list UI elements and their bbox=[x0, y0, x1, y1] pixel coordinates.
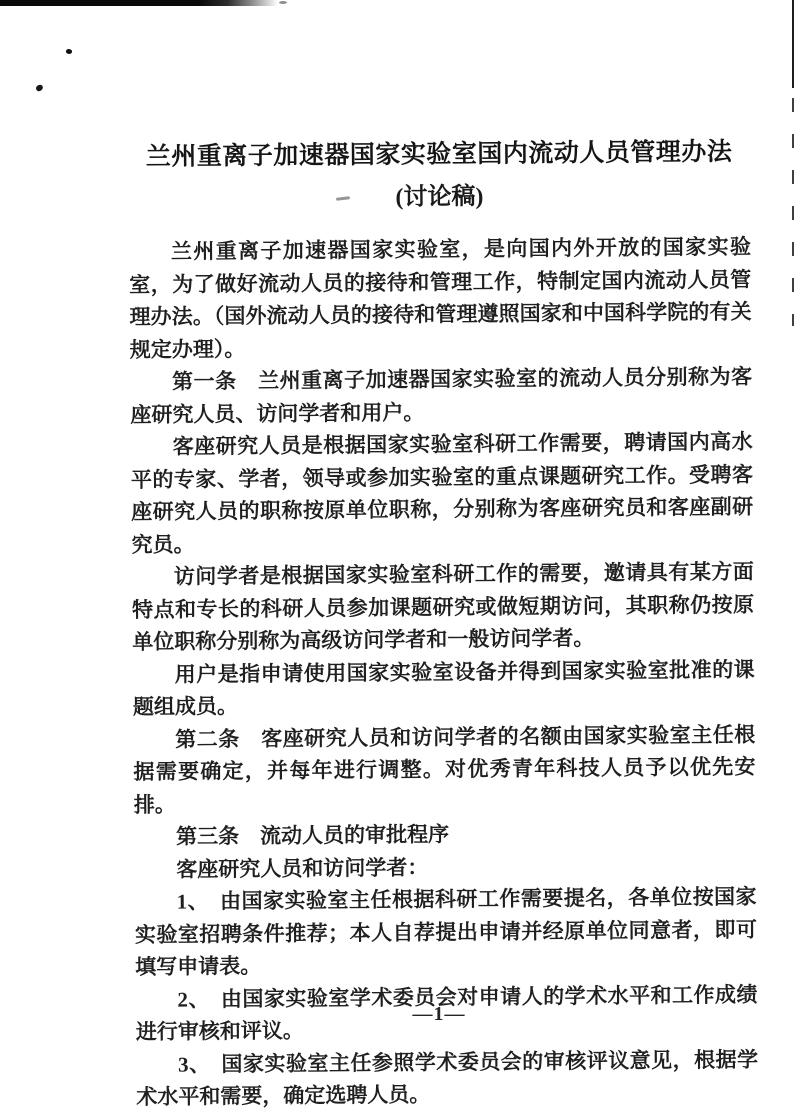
scan-artifact-speck bbox=[35, 84, 44, 92]
scanned-document-page: 兰州重离子加速器国家实验室国内流动人员管理办法 (讨论稿) 兰州重离子加速器国家… bbox=[0, 0, 800, 1118]
paragraph-item-3: 3、 国家实验室主任参照学术委员会的审核评议意见，根据学术水平和需要，确定选聘人… bbox=[136, 1043, 759, 1113]
paragraph-article-1: 第一条 兰州重离子加速器国家实验室的流动人员分别称为客座研究人员、访问学者和用户… bbox=[130, 361, 753, 431]
scan-artifact-speck bbox=[279, 1, 287, 4]
paragraph-visiting-scholars: 访问学者是根据国家实验室科研工作的需要，邀请具有某方面特点和专长的科研人员参加课… bbox=[132, 556, 755, 659]
paragraph-list-lead: 客座研究人员和访问学者： bbox=[134, 848, 756, 886]
page-number: —1— bbox=[128, 1003, 750, 1026]
document-body: 兰州重离子加速器国家实验室，是向国内外开放的国家实验室，为了做好流动人员的接待和… bbox=[129, 231, 759, 1114]
document-subtitle: (讨论稿) bbox=[128, 181, 750, 215]
document-content: 兰州重离子加速器国家实验室国内流动人员管理办法 (讨论稿) 兰州重离子加速器国家… bbox=[128, 137, 758, 1114]
paragraph-item-1: 1、 由国家实验室主任根据科研工作需要提名，各单位按国家实验室招聘条件推荐；本人… bbox=[134, 881, 757, 984]
paragraph-guest-researchers: 客座研究人员是根据国家实验室科研工作需要，聘请国内高水平的专家、学者，领导或参加… bbox=[131, 426, 754, 561]
paragraph-intro: 兰州重离子加速器国家实验室，是向国内外开放的国家实验室，为了做好流动人员的接待和… bbox=[129, 231, 752, 366]
scan-artifact-top-bar bbox=[0, 0, 278, 6]
scan-artifact-speck bbox=[65, 48, 73, 55]
scan-artifact-right-edge-line bbox=[792, 98, 794, 326]
document-title: 兰州重离子加速器国家实验室国内流动人员管理办法 bbox=[128, 137, 750, 174]
paragraph-article-3: 第三条 流动人员的审批程序 bbox=[134, 816, 756, 854]
scan-artifact-right-edge-line bbox=[792, 0, 794, 88]
paragraph-users: 用户是指申请使用国家实验室设备并得到国家实验室批准的课题组成员。 bbox=[133, 653, 756, 723]
paragraph-article-2: 第二条 客座研究人员和访问学者的名额由国家实验室主任根据需要确定，并每年进行调整… bbox=[133, 718, 756, 821]
